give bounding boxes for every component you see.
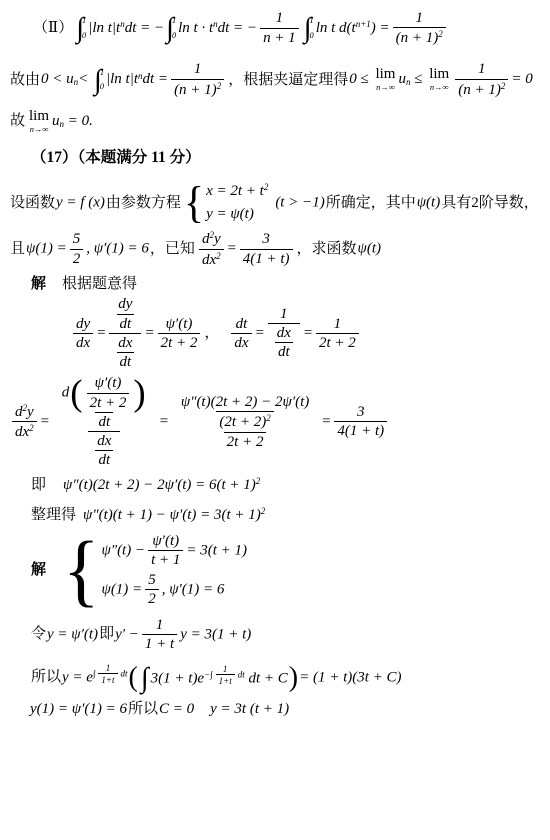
- numerator: 1: [331, 316, 345, 333]
- text: ，根据夹逼定理得: [228, 72, 348, 88]
- lower-limit: 0: [310, 32, 314, 40]
- numerator: dy: [115, 296, 135, 313]
- numerator: 1: [153, 617, 167, 634]
- math-run: =: [255, 325, 265, 341]
- numerator: ψ′(t): [163, 316, 196, 333]
- numerator: dydt: [109, 296, 141, 333]
- math-run: dt: [121, 668, 128, 678]
- text: 故: [10, 113, 25, 129]
- numerator: 5: [145, 572, 159, 589]
- fraction: 52: [70, 231, 84, 268]
- math-run: ψ′(t): [95, 375, 122, 391]
- text: 故由: [10, 72, 40, 88]
- math-run: =: [40, 414, 50, 430]
- math-run: ∫: [93, 668, 95, 678]
- text: 具有2阶导数，: [441, 195, 539, 211]
- math-run: d: [62, 385, 70, 401]
- math-run: ψ(1) =: [26, 241, 67, 257]
- math-run: y = ψ′(t): [47, 626, 98, 642]
- formula-line-l14: 所以y = e∫11+tdt(∫3(1 + t)e−∫11+tdt dt + C…: [2, 663, 548, 692]
- numerator: 1: [277, 306, 291, 323]
- integral-limits: 10: [310, 15, 314, 42]
- lower-limit: 0: [100, 83, 104, 91]
- formula-line-l4: （17）（本题满分 11 分）: [2, 148, 548, 168]
- cases-rows: ψ″(t) −ψ′(t)t + 1= 3(t + 1)ψ(1) =52, ψ′(…: [100, 533, 248, 609]
- lim-text: lim: [29, 109, 49, 124]
- superscript: −∫11+tdt: [204, 664, 245, 687]
- math-run: y′ −: [115, 626, 139, 642]
- formula-line-l10: 即ψ″(t)(2t + 2) − 2ψ′(t) = 6(t + 1)2: [2, 476, 548, 496]
- math-run: 5: [73, 231, 81, 247]
- math-run: ψ″(t)(2t + 2) − 2ψ′(t): [181, 394, 309, 410]
- numerator: 1: [273, 10, 287, 27]
- math-run: 0 < u: [41, 72, 74, 88]
- superscript: 2: [29, 423, 34, 433]
- math-run: 1: [194, 61, 202, 77]
- math-run: (n + 1): [396, 30, 439, 46]
- numerator: dx: [94, 433, 114, 450]
- denominator: 1+t: [216, 674, 235, 686]
- math-run: (2t + 2): [219, 414, 266, 430]
- denominator: dx: [231, 333, 251, 352]
- denominator: (2t + 2)2: [216, 411, 273, 431]
- math-run: ≤: [410, 72, 426, 88]
- numerator: 1: [191, 61, 205, 78]
- denominator: n + 1: [260, 28, 299, 47]
- math-run: d: [15, 404, 23, 420]
- fraction: dxdt: [94, 433, 114, 470]
- superscript: 2: [216, 251, 221, 261]
- lower-limit: 0: [82, 32, 86, 40]
- math-run: ψ″(t) −: [102, 542, 146, 558]
- math-run: dt: [98, 414, 110, 430]
- math-run: , ψ′(1) = 6: [86, 241, 149, 257]
- math-run: (n + 1): [458, 82, 501, 98]
- math-run: 1: [223, 664, 228, 674]
- denominator: t + 1: [148, 550, 183, 569]
- denominator: dxdt: [109, 333, 141, 372]
- lim-under: n→∞: [30, 126, 49, 134]
- math-run: 2t + 2: [227, 434, 264, 450]
- math-run: dx: [76, 335, 90, 351]
- lim-under: n→∞: [430, 84, 449, 92]
- numerator: 3: [259, 231, 273, 248]
- math-run: −∫: [204, 669, 213, 679]
- fraction: 11+t: [98, 663, 117, 686]
- math-run: dx: [277, 325, 291, 341]
- fraction: d(ψ′(t)2t + 2)dt: [59, 375, 150, 431]
- fraction: dtdx: [231, 316, 251, 353]
- superscript: 2: [261, 506, 266, 518]
- denominator: 2t + 2: [87, 393, 130, 412]
- math-run: u: [52, 113, 60, 129]
- math-run: dx: [97, 433, 111, 449]
- fraction: 1(n + 1)2: [393, 10, 446, 47]
- denominator: 1 + t: [142, 634, 177, 653]
- math-run: dx: [15, 424, 29, 440]
- open-paren-icon: (: [129, 667, 138, 689]
- denominator: 1+t: [98, 673, 117, 685]
- limit: limn→∞: [429, 67, 449, 92]
- math-run: 3(1 + t)e: [151, 670, 204, 686]
- text: 所确定，其中: [326, 195, 416, 211]
- integral-limits: 10: [82, 15, 86, 42]
- text: ，求函数: [297, 241, 357, 257]
- denominator: dx: [73, 333, 93, 352]
- denominator: dxdt: [268, 323, 300, 362]
- limit: limn→∞: [29, 109, 49, 134]
- math-run: dt: [120, 354, 132, 370]
- upper-limit: 1: [100, 69, 104, 77]
- math-run: 2t + 2: [90, 395, 127, 411]
- math-run: y: [27, 404, 34, 420]
- formula-line-l11: 整理得ψ″(t)(t + 1) − ψ′(t) = 3(t + 1)2: [2, 506, 548, 526]
- integral-limits: 10: [172, 15, 176, 42]
- math-run: 1: [106, 663, 111, 673]
- fraction: 52: [145, 572, 159, 609]
- math-run: 3: [357, 404, 365, 420]
- denominator: dt: [95, 450, 113, 469]
- parens-content: ∫3(1 + t)e−∫11+tdt dt + C: [138, 664, 289, 692]
- text: 且: [10, 241, 25, 257]
- left-brace-icon: {: [184, 185, 204, 222]
- superscript: 2: [217, 81, 222, 91]
- numerator: d(ψ′(t)2t + 2)dt: [53, 375, 156, 431]
- numerator: d2y: [199, 230, 224, 248]
- fraction: d2ydx2: [12, 403, 37, 441]
- math-run: <: [78, 72, 92, 88]
- numerator: ψ″(t)(2t + 2) − 2ψ′(t)(2t + 2)2: [172, 394, 318, 431]
- fraction: 1(n + 1)2: [171, 61, 224, 98]
- math-run: dx: [202, 252, 216, 268]
- math-run: dt: [120, 316, 132, 332]
- upper-limit: 1: [82, 17, 86, 25]
- formula-line-l9: d2ydx2=d(ψ′(t)2t + 2)dtdxdt=ψ″(t)(2t + 2…: [2, 375, 548, 469]
- math-run: x = 2t + t: [206, 183, 264, 199]
- formula-line-l13: 令y = ψ′(t)即y′ −11 + ty = 3(1 + t): [2, 617, 548, 654]
- formula-line-l12: 解{ψ″(t) −ψ′(t)t + 1= 3(t + 1)ψ(1) =52, ψ…: [2, 533, 548, 609]
- formula-line-l2: 故由0 < un< ∫10|ln t|tndt =1(n + 1)2，根据夹逼定…: [2, 61, 548, 98]
- cases-system: {ψ″(t) −ψ′(t)t + 1= 3(t + 1)ψ(1) =52, ψ′…: [63, 533, 247, 609]
- math-document: （Ⅱ）∫10|ln t|tndt = −∫10ln t · tndt = −1n…: [0, 0, 550, 720]
- text: 所以: [128, 701, 158, 717]
- math-run: = 3(t + 1): [186, 542, 247, 558]
- text: 即: [99, 626, 114, 642]
- fraction: 34(1 + t): [240, 231, 293, 268]
- math-run: 1: [276, 10, 284, 26]
- denominator: 2: [70, 249, 84, 268]
- close-paren-icon: ): [289, 667, 298, 689]
- math-run: |ln t|t: [88, 20, 120, 36]
- lim-text: lim: [429, 67, 449, 82]
- text: 即: [31, 477, 46, 493]
- text: 设函数: [10, 195, 55, 211]
- fraction: 1dxdt: [268, 306, 300, 362]
- math-run: = 0.: [64, 113, 93, 129]
- superscript: 2: [256, 476, 261, 488]
- text-bold: 解: [31, 562, 46, 578]
- fraction: ψ′(t)2t + 2: [87, 375, 130, 412]
- close-paren-icon: ): [133, 379, 145, 409]
- text: ，已知: [150, 241, 195, 257]
- math-run: dt: [98, 452, 110, 468]
- text: （Ⅱ）: [33, 20, 73, 36]
- math-run: dt: [278, 344, 290, 360]
- fraction: dydt: [115, 296, 135, 333]
- math-run: y: [214, 231, 221, 247]
- math-run: 4(1 + t): [337, 423, 384, 439]
- formula-line-l3: 故limn→∞un = 0.: [2, 109, 548, 134]
- math-run: =: [144, 325, 154, 341]
- math-run: ln t · t: [178, 20, 213, 36]
- integral: ∫: [141, 665, 149, 692]
- math-run: 1: [280, 306, 288, 322]
- numerator: 3: [354, 404, 368, 421]
- numerator: ψ′(t): [92, 375, 125, 392]
- upper-limit: 1: [310, 17, 314, 25]
- denominator: 4(1 + t): [334, 421, 387, 440]
- denominator: 2t + 2: [224, 432, 267, 451]
- fraction: d(ψ′(t)2t + 2)dtdxdt: [53, 375, 156, 469]
- math-run: 1 + t: [145, 636, 174, 652]
- denominator: (n + 1)2: [171, 79, 224, 99]
- text-bold: （17）（本题满分 11 分）: [31, 149, 201, 166]
- text: 根据题意得: [62, 276, 137, 292]
- integral: ∫10: [166, 15, 176, 42]
- fraction: d2ydx2: [199, 230, 224, 268]
- cases-row: ψ(1) =52, ψ′(1) = 6: [102, 572, 225, 609]
- math-run: n + 1: [263, 30, 296, 46]
- cases-rows: x = 2t + t2y = ψ(t): [204, 182, 268, 224]
- math-run: 2t + 2: [319, 335, 356, 351]
- math-run: ψ(t): [417, 195, 440, 211]
- math-run: = (1 + t)(3t + C): [299, 669, 401, 685]
- formula-line-l15: y(1) = ψ′(1) = 6所以C = 0y = 3t (t + 1): [2, 700, 548, 720]
- big-parens: (ψ′(t)2t + 2): [70, 375, 145, 412]
- math-run: 1: [478, 61, 486, 77]
- integral-limits: 10: [100, 67, 104, 94]
- superscript: 2: [266, 413, 271, 423]
- superscript: 2: [438, 29, 443, 39]
- math-run: =: [159, 414, 169, 430]
- math-run: dt + C: [245, 670, 288, 686]
- math-run: dy: [118, 296, 132, 312]
- math-run: (n + 1): [174, 82, 217, 98]
- fraction: ψ″(t)(2t + 2) − 2ψ′(t)(2t + 2)2: [178, 394, 312, 431]
- denominator: 4(1 + t): [240, 249, 293, 268]
- fraction: dydtdxdt: [109, 296, 141, 371]
- denominator: 2: [145, 589, 159, 608]
- upper-limit: 1: [172, 17, 176, 25]
- math-run: ψ(t): [358, 241, 381, 257]
- math-run: =: [96, 325, 106, 341]
- fraction: 34(1 + t): [334, 404, 387, 441]
- math-run: 0 ≤: [349, 72, 372, 88]
- numerator: ψ′(t): [149, 533, 182, 550]
- math-run: y = ψ(t): [206, 206, 254, 222]
- math-run: C = 0: [159, 701, 194, 717]
- lower-limit: 0: [172, 32, 176, 40]
- math-run: |ln t|t: [106, 72, 138, 88]
- math-run: =: [227, 241, 237, 257]
- parens-content: ψ′(t)2t + 2: [83, 375, 134, 412]
- math-run: 1: [415, 10, 423, 26]
- fraction: dydx: [73, 316, 93, 353]
- fraction: dxdt: [274, 325, 294, 362]
- text: 整理得: [31, 507, 76, 523]
- numerator: dx: [115, 335, 135, 352]
- fraction: ψ′(t)2t + 2: [158, 316, 201, 353]
- math-run: , ψ′(1) = 6: [162, 582, 225, 598]
- text: 所以: [31, 669, 61, 685]
- fraction: 11 + t: [142, 617, 177, 654]
- numerator: 1: [412, 10, 426, 27]
- superscript: 2: [264, 182, 269, 194]
- math-run: dx: [118, 335, 132, 351]
- math-run: y(1) = ψ′(1) = 6: [30, 701, 127, 717]
- left-brace-icon: {: [63, 538, 99, 604]
- text: 令: [31, 626, 46, 642]
- denominator: dxdt: [88, 431, 120, 470]
- math-run: dt: [238, 669, 245, 679]
- math-run: ψ(1) =: [102, 582, 143, 598]
- math-run: 1+t: [219, 676, 232, 686]
- cases-system: {x = 2t + t2y = ψ(t): [184, 182, 268, 224]
- integral: ∫10: [304, 15, 314, 42]
- text: ，: [204, 325, 219, 341]
- denominator: (n + 1)2: [393, 27, 446, 47]
- math-run: dx: [234, 335, 248, 351]
- math-run: = 0: [511, 72, 532, 88]
- denominator: dx2: [12, 421, 37, 441]
- formula-line-l6: 且ψ(1) =52, ψ′(1) = 6，已知d2ydx2=34(1 + t)，…: [2, 230, 548, 268]
- math-run: y = f (x): [56, 195, 105, 211]
- integral: ∫10: [94, 67, 104, 94]
- fraction: 1(n + 1)2: [455, 61, 508, 98]
- math-run: ln t d(t: [316, 20, 356, 36]
- math-run: ) =: [371, 20, 390, 36]
- denominator: dx2: [199, 249, 224, 269]
- formula-line-l5: 设函数y = f (x)由参数方程{x = 2t + t2y = ψ(t)(t …: [2, 182, 548, 224]
- lim-text: lim: [375, 67, 395, 82]
- math-run: =: [303, 325, 313, 341]
- math-run: ψ′(t): [166, 316, 193, 332]
- integral-sign-icon: ∫: [141, 665, 149, 692]
- fraction: ψ″(t)(2t + 2) − 2ψ′(t)(2t + 2)22t + 2: [172, 394, 318, 451]
- math-run: 1: [156, 617, 164, 633]
- fraction: dxdt: [115, 335, 135, 372]
- numerator: dx: [274, 325, 294, 342]
- big-parens: (∫3(1 + t)e−∫11+tdt dt + C): [129, 664, 299, 692]
- math-run: dt = −: [125, 20, 164, 36]
- math-run: 2: [148, 591, 156, 607]
- denominator: dt: [275, 342, 293, 361]
- superscript: n+1: [356, 19, 371, 31]
- fraction: 12t + 2: [316, 316, 359, 353]
- denominator: dt: [95, 412, 113, 431]
- math-run: 4(1 + t): [243, 251, 290, 267]
- math-run: 5: [148, 572, 156, 588]
- numerator: 1: [220, 664, 231, 674]
- numerator: dy: [73, 316, 93, 333]
- numerator: ψ″(t)(2t + 2) − 2ψ′(t): [178, 394, 312, 411]
- math-run: dt =: [143, 72, 169, 88]
- math-run: y = e: [62, 669, 93, 685]
- math-run: dt: [236, 316, 248, 332]
- numerator: 5: [70, 231, 84, 248]
- fraction: 11+t: [216, 664, 235, 687]
- math-run: 2t + 2: [161, 335, 198, 351]
- math-run: ψ′(t): [152, 533, 179, 549]
- fraction: 1n + 1: [260, 10, 299, 47]
- math-run: dt = −: [218, 20, 257, 36]
- cases-row: ψ″(t) −ψ′(t)t + 1= 3(t + 1): [102, 533, 248, 570]
- math-run: 3: [262, 231, 270, 247]
- open-paren-icon: (: [70, 379, 82, 409]
- math-run: d: [202, 231, 210, 247]
- text: 由参数方程: [106, 195, 181, 211]
- fraction: ψ′(t)t + 1: [148, 533, 183, 570]
- superscript: 2: [501, 81, 506, 91]
- denominator: dt: [117, 352, 135, 371]
- lim-under: n→∞: [376, 84, 395, 92]
- formula-line-l8: dydx=dydtdxdt=ψ′(t)2t + 2，dtdx=1dxdt=12t…: [2, 296, 548, 371]
- numerator: dt: [233, 316, 251, 333]
- math-run: 2: [73, 251, 81, 267]
- integral: ∫10: [76, 15, 86, 42]
- text-bold: 解: [31, 276, 46, 292]
- math-run: =: [321, 414, 331, 430]
- formula-line-l7: 解根据题意得: [2, 275, 548, 295]
- math-run: ψ″(t)(2t + 2) − 2ψ′(t) = 6(t + 1): [63, 477, 256, 493]
- math-run: y = 3(1 + t): [180, 626, 251, 642]
- cases-row: y = ψ(t): [206, 205, 254, 225]
- math-run: u: [398, 72, 406, 88]
- denominator: dt: [117, 314, 135, 333]
- cases-row: x = 2t + t2: [206, 182, 268, 202]
- superscript: ∫11+tdt: [93, 663, 128, 686]
- numerator: d2y: [12, 403, 37, 421]
- denominator: (n + 1)2: [455, 79, 508, 99]
- numerator: 1: [475, 61, 489, 78]
- formula-line-l1: （Ⅱ）∫10|ln t|tndt = −∫10ln t · tndt = −1n…: [2, 10, 548, 47]
- numerator: d(ψ′(t)2t + 2): [59, 375, 150, 412]
- math-run: t + 1: [151, 552, 180, 568]
- math-run: (t > −1): [275, 195, 324, 211]
- math-run: dy: [76, 316, 90, 332]
- limit: limn→∞: [375, 67, 395, 92]
- math-run: 1+t: [101, 675, 114, 685]
- denominator: 2t + 2: [316, 333, 359, 352]
- math-run: ψ″(t)(t + 1) − ψ′(t) = 3(t + 1): [83, 507, 261, 523]
- denominator: 2t + 2: [158, 333, 201, 352]
- numerator: 1: [103, 663, 114, 673]
- math-run: 1: [334, 316, 342, 332]
- math-run: y = 3t (t + 1): [210, 701, 289, 717]
